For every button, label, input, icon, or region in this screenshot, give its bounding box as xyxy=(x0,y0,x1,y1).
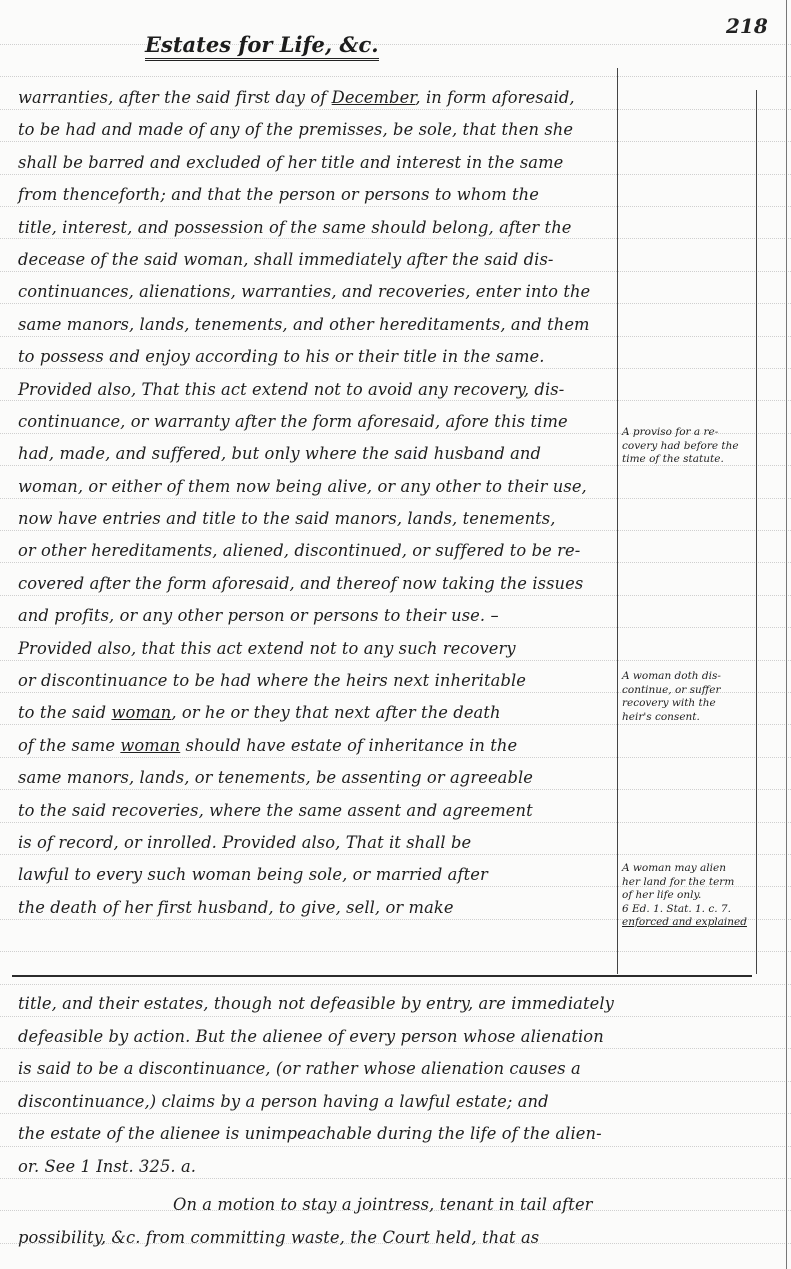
text-line: or other hereditaments, aliened, discont… xyxy=(18,535,614,567)
margin-note-line: enforced and explained xyxy=(622,916,750,930)
text-line: covered after the form aforesaid, and th… xyxy=(18,568,614,600)
lower-text-block: title, and their estates, though not def… xyxy=(18,988,758,1254)
text-line: is said to be a discontinuance, (or rath… xyxy=(18,1053,758,1086)
margin-note-line: of her life only. xyxy=(622,889,750,903)
text-line: is of record, or inrolled. Provided also… xyxy=(18,827,614,859)
margin-note-woman-discontinue: A woman doth dis-continue, or sufferreco… xyxy=(622,670,750,724)
margin-rule-right xyxy=(756,90,757,974)
text-line: warranties, after the said first day of … xyxy=(18,82,614,114)
main-text-block: warranties, after the said first day of … xyxy=(18,82,614,924)
ruled-line xyxy=(0,76,791,78)
underlined-word: December xyxy=(332,88,416,107)
margin-note-woman-alien: A woman may alienher land for the termof… xyxy=(622,862,750,930)
margin-note-line: A woman doth dis- xyxy=(622,670,750,684)
text-line: discontinuance,) claims by a person havi… xyxy=(18,1086,758,1119)
manuscript-page: 218 Estates for Life, &c. warranties, af… xyxy=(0,0,791,1269)
page-number: 218 xyxy=(726,14,768,38)
text-line: of the same woman should have estate of … xyxy=(18,730,614,762)
text-line: the death of her first husband, to give,… xyxy=(18,892,614,924)
text-line: or discontinuance to be had where the he… xyxy=(18,665,614,697)
text-line: to possess and enjoy according to his or… xyxy=(18,341,614,373)
ruled-line xyxy=(0,951,791,953)
margin-note-line: 6 Ed. 1. Stat. 1. c. 7. xyxy=(622,903,750,917)
page-edge-rule xyxy=(786,0,787,1269)
text-line: now have entries and title to the said m… xyxy=(18,503,614,535)
underlined-word: woman xyxy=(111,703,171,722)
text-line: On a motion to stay a jointress, tenant … xyxy=(18,1189,758,1222)
text-line: lawful to every such woman being sole, o… xyxy=(18,859,614,891)
margin-note-line: recovery with the xyxy=(622,697,750,711)
ruled-line xyxy=(0,984,791,986)
margin-note-line: heir's consent. xyxy=(622,711,750,725)
text-line: decease of the said woman, shall immedia… xyxy=(18,244,614,276)
text-line: had, made, and suffered, but only where … xyxy=(18,438,614,470)
text-line: from thenceforth; and that the person or… xyxy=(18,179,614,211)
text-line: same manors, lands, or tenements, be ass… xyxy=(18,762,614,794)
text-line: and profits, or any other person or pers… xyxy=(18,600,614,632)
page-title: Estates for Life, &c. xyxy=(145,32,379,61)
text-line: or. See 1 Inst. 325. a. xyxy=(18,1151,758,1184)
text-line: the estate of the alienee is unimpeachab… xyxy=(18,1118,758,1151)
margin-rule-left xyxy=(617,68,618,974)
text-line: to the said recoveries, where the same a… xyxy=(18,795,614,827)
margin-note-line: time of the statute. xyxy=(622,453,750,467)
text-line: title, and their estates, though not def… xyxy=(18,988,758,1021)
text-line: Provided also, That this act extend not … xyxy=(18,374,614,406)
margin-note-line: A woman may alien xyxy=(622,862,750,876)
margin-note-line: her land for the term xyxy=(622,876,750,890)
text-line: to the said woman, or he or they that ne… xyxy=(18,697,614,729)
text-line: defeasible by action. But the alienee of… xyxy=(18,1021,758,1054)
text-line: same manors, lands, tenements, and other… xyxy=(18,309,614,341)
text-line: woman, or either of them now being alive… xyxy=(18,471,614,503)
margin-note-recovery-proviso: A proviso for a re-covery had before the… xyxy=(622,426,750,467)
ruled-line xyxy=(0,44,791,46)
text-line: Provided also, that this act extend not … xyxy=(18,633,614,665)
underlined-word: woman xyxy=(120,736,180,755)
section-divider xyxy=(12,975,752,977)
margin-note-line: A proviso for a re- xyxy=(622,426,750,440)
text-line: continuances, alienations, warranties, a… xyxy=(18,276,614,308)
text-line: shall be barred and excluded of her titl… xyxy=(18,147,614,179)
margin-note-line: covery had before the xyxy=(622,440,750,454)
text-line: continuance, or warranty after the form … xyxy=(18,406,614,438)
margin-note-line: continue, or suffer xyxy=(622,684,750,698)
text-line: title, interest, and possession of the s… xyxy=(18,212,614,244)
text-line: possibility, &c. from committing waste, … xyxy=(18,1222,758,1255)
text-line: to be had and made of any of the premiss… xyxy=(18,114,614,146)
